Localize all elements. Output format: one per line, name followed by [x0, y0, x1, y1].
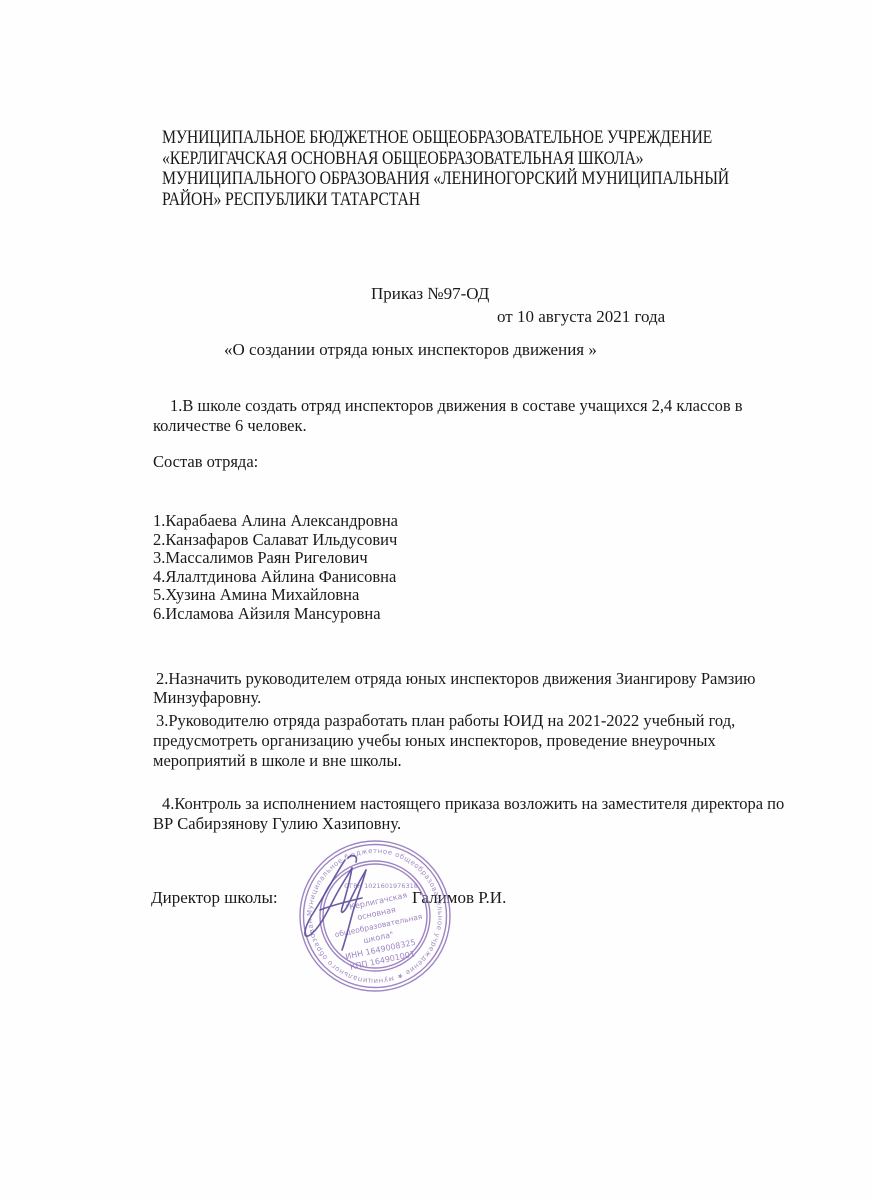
handwritten-signature-icon — [290, 840, 410, 960]
header-line: МУНИЦИПАЛЬНОЕ БЮДЖЕТНОЕ ОБЩЕОБРАЗОВАТЕЛЬ… — [162, 128, 729, 149]
members-list: 1.Карабаева Алина Александровна 2.Канзаф… — [153, 512, 398, 624]
order-title: «О создании отряда юных инспекторов движ… — [224, 340, 597, 359]
paragraph-2-line-1: 2.Назначить руководителем отряда юных ин… — [156, 669, 755, 688]
paragraph-1-line-1: 1.В школе создать отряд инспекторов движ… — [170, 396, 743, 415]
order-number: Приказ №97-ОД — [371, 284, 489, 303]
signature-role: Директор школы: — [151, 888, 278, 907]
paragraph-2-line-2: Минзуфаровну. — [153, 688, 261, 707]
header-line: РАЙОН» РЕСПУБЛИКИ ТАТАРСТАН — [162, 190, 729, 211]
member-item: 3.Массалимов Раян Ригелович — [153, 549, 398, 568]
paragraph-4-line-2: ВР Сабирзянову Гулию Хазиповну. — [153, 814, 401, 833]
paragraph-1-line-2: количестве 6 человек. — [153, 416, 307, 435]
member-item: 6.Исламова Айзиля Мансуровна — [153, 605, 398, 624]
member-item: 2.Канзафаров Салават Ильдусович — [153, 531, 398, 550]
members-heading: Состав отряда: — [153, 452, 258, 471]
header-line: «КЕРЛИГАЧСКАЯ ОСНОВНАЯ ОБЩЕОБРАЗОВАТЕЛЬН… — [162, 149, 729, 170]
member-item: 5.Хузина Амина Михайловна — [153, 586, 398, 605]
paragraph-4-line-1: 4.Контроль за исполнением настоящего при… — [162, 794, 784, 813]
order-date: от 10 августа 2021 года — [497, 307, 665, 326]
paragraph-3-line-2: предусмотреть организацию учебы юных инс… — [153, 731, 716, 750]
header-line: МУНИЦИПАЛЬНОГО ОБРАЗОВАНИЯ «ЛЕНИНОГОРСКИ… — [162, 169, 729, 190]
institution-header: МУНИЦИПАЛЬНОЕ БЮДЖЕТНОЕ ОБЩЕОБРАЗОВАТЕЛЬ… — [162, 128, 845, 210]
member-item: 4.Ялалтдинова Айлина Фанисовна — [153, 568, 398, 587]
paragraph-3-line-3: мероприятий в школе и вне школы. — [153, 751, 402, 770]
paragraph-3-line-1: 3.Руководителю отряда разработать план р… — [156, 711, 735, 730]
member-item: 1.Карабаева Алина Александровна — [153, 512, 398, 531]
document-page: МУНИЦИПАЛЬНОЕ БЮДЖЕТНОЕ ОБЩЕОБРАЗОВАТЕЛЬ… — [0, 0, 872, 1200]
